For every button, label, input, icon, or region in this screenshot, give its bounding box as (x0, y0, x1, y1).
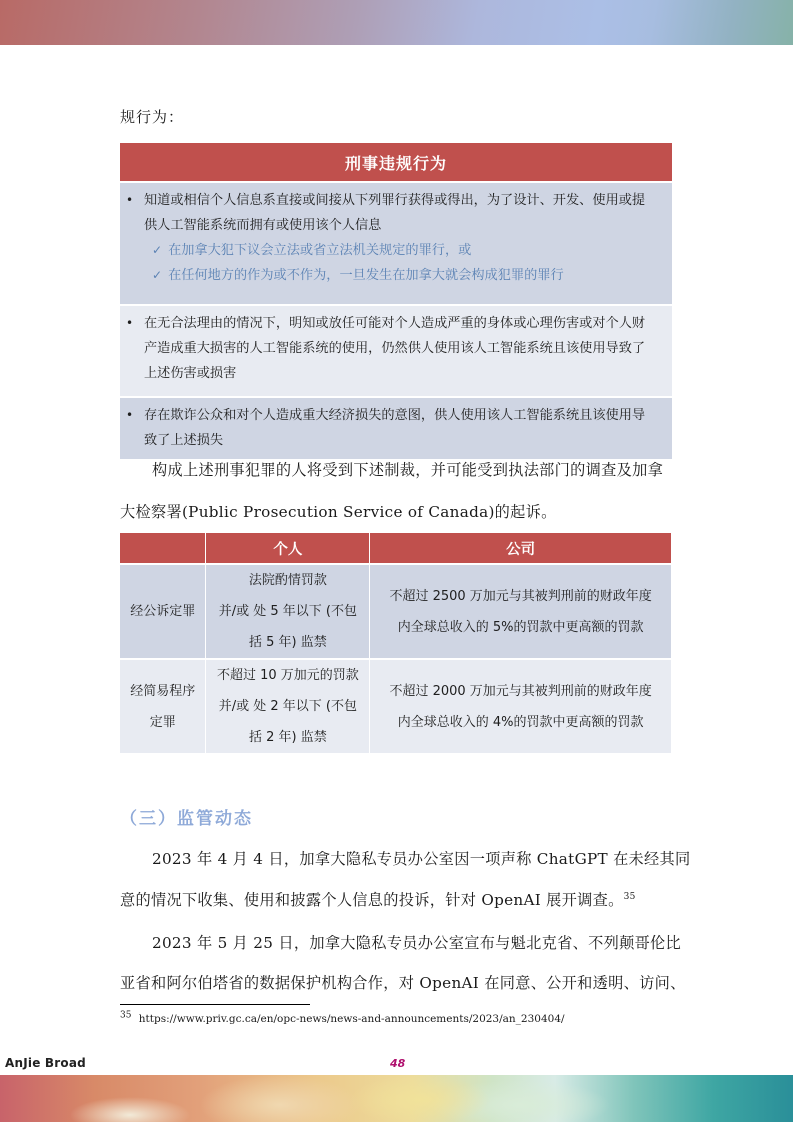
offense-row: • 在无合法理由的情况下，明知或放任可能对个人造成严重的身体或心理伤害或对个人财… (120, 306, 672, 398)
penalty-line: 括 5 年) 监禁 (206, 627, 369, 658)
header-cell-individual: 个人 (206, 533, 370, 564)
sub-item-text: 在加拿大犯下议会立法或省立法机关规定的罪行，或 (168, 238, 471, 263)
paragraph-line: 意的情况下收集、使用和披露个人信息的投诉，针对 OpenAI 展开调查。 (120, 891, 624, 909)
offense-table-header: 刑事违规行为 (120, 143, 672, 183)
footnote-ref[interactable]: 35 (624, 892, 636, 902)
company-penalty-cell: 不超过 2500 万加元与其被判刑前的财政年度 内全球总收入的 5%的罚款中更高… (370, 564, 672, 659)
paragraph-sanctions-intro-cont: 大检察署(Public Prosecution Service of Canad… (120, 502, 672, 522)
sanctions-table: 个人 公司 经公诉定罪 法院酌情罚款 并/或 处 5 年以下 (不包 括 5 年… (120, 533, 672, 755)
paragraph-line: 大检察署(Public Prosecution Service of Canad… (120, 503, 557, 521)
penalty-line: 法院酌情罚款 (206, 565, 369, 596)
paragraph-investigation: 2023 年 4 月 4 日，加拿大隐私专员办公室因一项声称 ChatGPT 在… (120, 849, 672, 869)
footnote-divider (120, 1004, 310, 1005)
paragraph-line: 亚省和阿尔伯塔省的数据保护机构合作，对 OpenAI 在同意、公开和透明、访问、 (120, 974, 686, 992)
conviction-type-cell: 经简易程序 定罪 (120, 659, 206, 754)
conviction-type: 经简易程序 (120, 676, 205, 707)
offense-text-line: 供人工智能系统而拥有或使用该个人信息 (144, 213, 662, 238)
footer-brand-logo: AnJie Broad (5, 1056, 86, 1070)
offense-text-line: 致了上述损失 (144, 428, 662, 453)
conviction-type: 定罪 (120, 707, 205, 738)
footnote-number: 35 (120, 1011, 131, 1021)
bullet-icon: • (126, 188, 133, 213)
paragraph-line: 构成上述刑事犯罪的人将受到下述制裁，并可能受到执法部门的调查及加拿 (152, 461, 663, 479)
penalty-line: 内全球总收入的 4%的罚款中更高额的罚款 (370, 707, 671, 738)
penalty-line: 内全球总收入的 5%的罚款中更高额的罚款 (370, 612, 671, 643)
penalty-line: 不超过 10 万加元的罚款 (206, 660, 369, 691)
offense-sub-item: ✓ 在任何地方的作为或不作为，一旦发生在加拿大就会构成犯罪的罪行 (144, 263, 662, 298)
individual-penalty-cell: 不超过 10 万加元的罚款 并/或 处 2 年以下 (不包 括 2 年) 监禁 (206, 659, 370, 754)
footnote-link[interactable]: https://www.priv.gc.ca/en/opc-news/news-… (139, 1013, 565, 1025)
offense-text-line: 产造成重大损害的人工智能系统的使用，仍然供人使用该人工智能系统且该使用导致了 (144, 336, 662, 361)
penalty-line: 不超过 2500 万加元与其被判刑前的财政年度 (370, 581, 671, 612)
paragraph-investigation-cont: 意的情况下收集、使用和披露个人信息的投诉，针对 OpenAI 展开调查。35 (120, 890, 672, 910)
header-cell-empty (120, 533, 206, 564)
sub-item-text: 在任何地方的作为或不作为，一旦发生在加拿大就会构成犯罪的罪行 (168, 263, 564, 288)
offense-text-line: 存在欺诈公众和对个人造成重大经济损失的意图，供人使用该人工智能系统且该使用导 (144, 403, 662, 428)
paragraph-joint-investigation-cont: 亚省和阿尔伯塔省的数据保护机构合作，对 OpenAI 在同意、公开和透明、访问、 (120, 973, 672, 993)
conviction-type: 经公诉定罪 (130, 604, 195, 619)
paragraph-line: 2023 年 4 月 4 日，加拿大隐私专员办公室因一项声称 ChatGPT 在… (152, 850, 691, 868)
paragraph-line: 2023 年 5 月 25 日，加拿大隐私专员办公室宣布与魁北克省、不列颠哥伦比 (152, 934, 681, 952)
penalty-line: 并/或 处 2 年以下 (不包 (206, 691, 369, 722)
paragraph-joint-investigation: 2023 年 5 月 25 日，加拿大隐私专员办公室宣布与魁北克省、不列颠哥伦比 (120, 933, 672, 953)
bullet-icon: • (126, 403, 133, 428)
page-number: 48 (390, 1057, 405, 1070)
checkmark-icon: ✓ (152, 238, 162, 263)
offense-text-line: 在无合法理由的情况下，明知或放任可能对个人造成严重的身体或心理伤害或对个人财 (144, 311, 662, 336)
sanctions-row: 经公诉定罪 法院酌情罚款 并/或 处 5 年以下 (不包 括 5 年) 监禁 不… (120, 564, 672, 659)
offense-text-line: 知道或相信个人信息系直接或间接从下列罪行获得或得出，为了设计、开发、使用或提 (144, 188, 662, 213)
offense-row: • 知道或相信个人信息系直接或间接从下列罪行获得或得出，为了设计、开发、使用或提… (120, 183, 672, 306)
bullet-icon: • (126, 311, 133, 336)
checkmark-icon: ✓ (152, 263, 162, 288)
penalty-line: 不超过 2000 万加元与其被判刑前的财政年度 (370, 676, 671, 707)
conviction-type-cell: 经公诉定罪 (120, 564, 206, 659)
offense-sub-item: ✓ 在加拿大犯下议会立法或省立法机关规定的罪行，或 (144, 238, 662, 263)
section-heading: （三）监管动态 (120, 804, 253, 829)
sanctions-header-row: 个人 公司 (120, 533, 672, 564)
sanctions-row: 经简易程序 定罪 不超过 10 万加元的罚款 并/或 处 2 年以下 (不包 括… (120, 659, 672, 754)
company-penalty-cell: 不超过 2000 万加元与其被判刑前的财政年度 内全球总收入的 4%的罚款中更高… (370, 659, 672, 754)
penalty-line: 并/或 处 5 年以下 (不包 (206, 596, 369, 627)
lead-text: 规行为： (120, 106, 184, 127)
penalty-line: 括 2 年) 监禁 (206, 722, 369, 753)
paragraph-sanctions-intro: 构成上述刑事犯罪的人将受到下述制裁，并可能受到执法部门的调查及加拿 (120, 460, 672, 480)
offense-text-line: 上述伤害或损害 (144, 361, 662, 386)
offense-row: • 存在欺诈公众和对个人造成重大经济损失的意图，供人使用该人工智能系统且该使用导… (120, 398, 672, 461)
individual-penalty-cell: 法院酌情罚款 并/或 处 5 年以下 (不包 括 5 年) 监禁 (206, 564, 370, 659)
criminal-offense-table: 刑事违规行为 • 知道或相信个人信息系直接或间接从下列罪行获得或得出，为了设计、… (120, 143, 672, 461)
bottom-decorative-painting (0, 1075, 793, 1122)
top-decorative-banner (0, 0, 793, 45)
footnote: 35 https://www.priv.gc.ca/en/opc-news/ne… (120, 1013, 565, 1025)
header-cell-company: 公司 (370, 533, 672, 564)
